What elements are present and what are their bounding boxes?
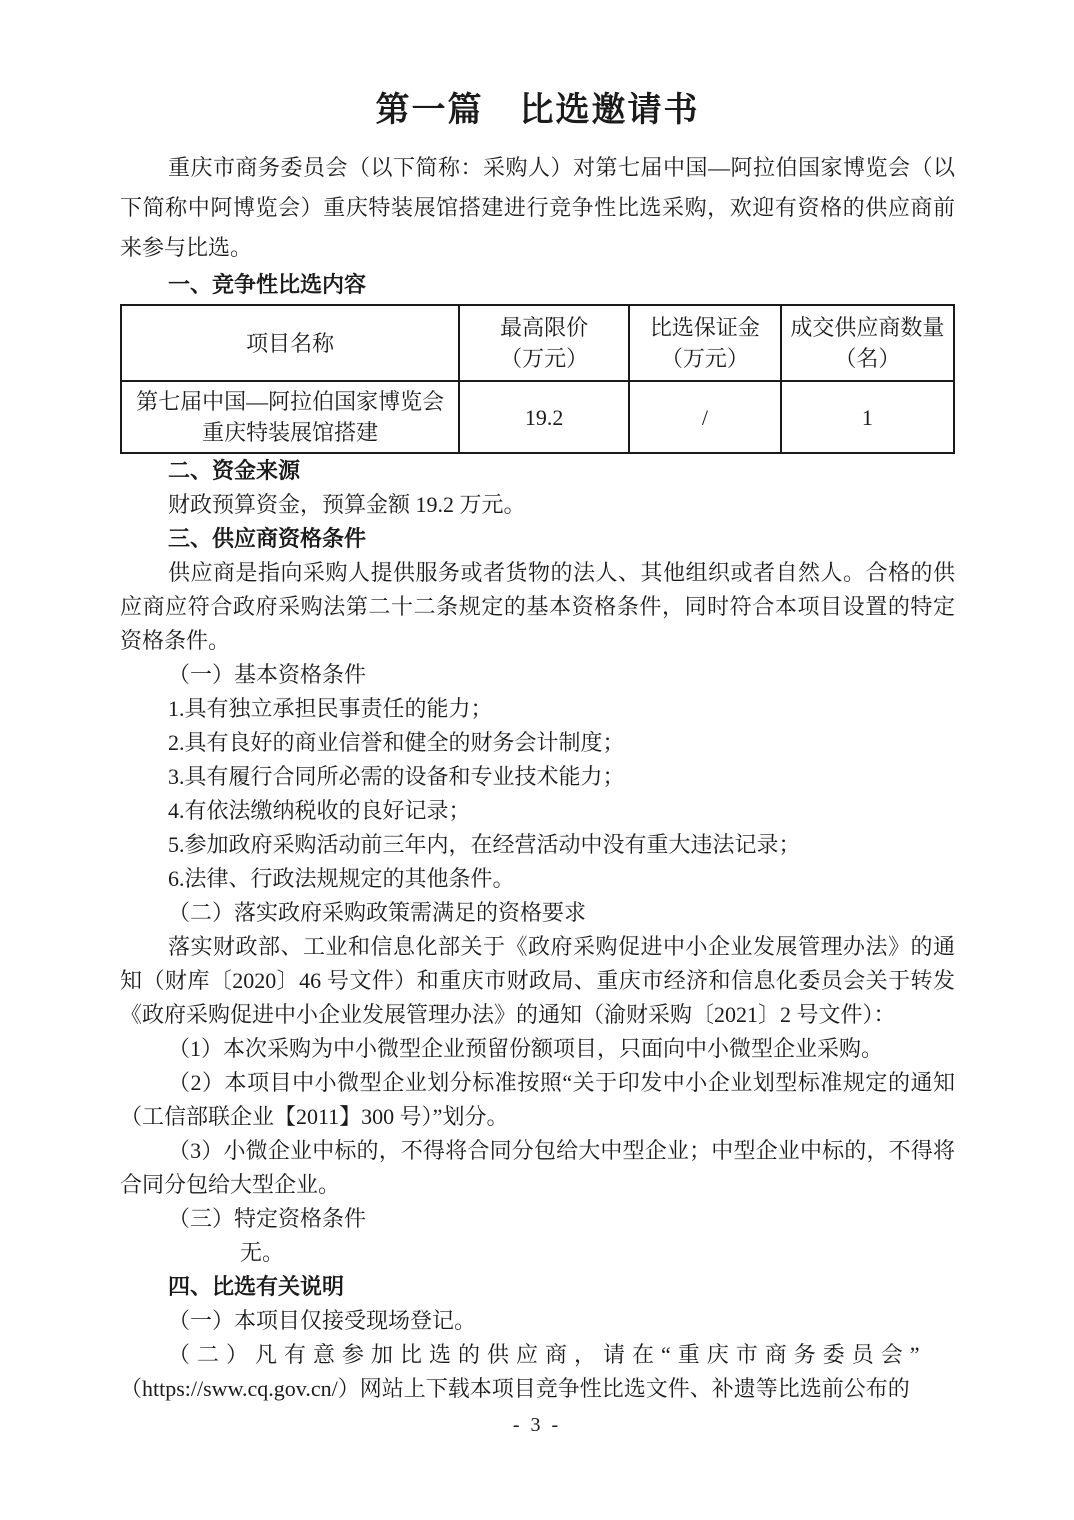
funding-source-text: 财政预算资金，预算金额 19.2 万元。 bbox=[120, 488, 955, 522]
policy-item: （3）小微企业中标的，不得将合同分包给大中型企业；中型企业中标的，不得将合同分包… bbox=[120, 1134, 955, 1202]
section-heading-3: 三、供应商资格条件 bbox=[120, 522, 955, 556]
cell-max-price: 19.2 bbox=[459, 381, 629, 453]
cell-deposit: / bbox=[629, 381, 781, 453]
header-line: 最高限价 bbox=[466, 312, 622, 343]
cell-supplier-count: 1 bbox=[781, 381, 954, 453]
subsection-heading-specific: （三）特定资格条件 bbox=[120, 1202, 955, 1236]
project-name-line: 重庆特装展馆搭建 bbox=[128, 417, 452, 448]
section-heading-1: 一、竞争性比选内容 bbox=[120, 268, 955, 302]
page-number: - 3 - bbox=[0, 1410, 1074, 1440]
specific-condition-none: 无。 bbox=[120, 1236, 955, 1270]
header-line: （万元） bbox=[466, 343, 622, 374]
header-line: 比选保证金 bbox=[636, 312, 774, 343]
page-title: 第一篇 比选邀请书 bbox=[120, 84, 955, 138]
basic-condition-item: 2.具有良好的商业信誉和健全的财务会计制度； bbox=[120, 726, 955, 760]
header-line: 成交供应商数量 bbox=[788, 312, 947, 343]
notes-website-line-1: （二）凡有意参加比选的供应商，请在“重庆市商务委员会” bbox=[120, 1338, 955, 1372]
document-content: 第一篇 比选邀请书 重庆市商务委员会（以下简称：采购人）对第七届中国—阿拉伯国家… bbox=[120, 0, 955, 1406]
basic-condition-item: 5.参加政府采购活动前三年内，在经营活动中没有重大违法记录； bbox=[120, 828, 955, 862]
notes-item-website: （二）凡有意参加比选的供应商，请在“重庆市商务委员会” （https://sww… bbox=[120, 1338, 955, 1406]
table-header-project-name: 项目名称 bbox=[121, 305, 459, 381]
table-header-max-price: 最高限价 （万元） bbox=[459, 305, 629, 381]
table-header-deposit: 比选保证金 （万元） bbox=[629, 305, 781, 381]
basic-condition-item: 4.有依法缴纳税收的良好记录； bbox=[120, 794, 955, 828]
table-header-row: 项目名称 最高限价 （万元） 比选保证金 （万元） 成交供应商数量 （名） bbox=[121, 305, 954, 381]
policy-item: （1）本次采购为中小微型企业预留份额项目，只面向中小微型企业采购。 bbox=[120, 1032, 955, 1066]
table-header-supplier-count: 成交供应商数量 （名） bbox=[781, 305, 954, 381]
basic-condition-item: 3.具有履行合同所必需的设备和专业技术能力； bbox=[120, 760, 955, 794]
subsection-heading-policy: （二）落实政府采购政策需满足的资格要求 bbox=[120, 896, 955, 930]
project-name-line: 第七届中国—阿拉伯国家博览会 bbox=[128, 386, 452, 417]
comparison-content-table: 项目名称 最高限价 （万元） 比选保证金 （万元） 成交供应商数量 （名） bbox=[120, 304, 955, 454]
subsection-heading-basic: （一）基本资格条件 bbox=[120, 658, 955, 692]
cell-project-name: 第七届中国—阿拉伯国家博览会 重庆特装展馆搭建 bbox=[121, 381, 459, 453]
notes-website-line-2: （https://sww.cq.gov.cn/）网站上下载本项目竞争性比选文件、… bbox=[120, 1372, 955, 1406]
basic-condition-item: 1.具有独立承担民事责任的能力； bbox=[120, 692, 955, 726]
section-heading-2: 二、资金来源 bbox=[120, 454, 955, 488]
notes-item-registration: （一）本项目仅接受现场登记。 bbox=[120, 1304, 955, 1338]
basic-condition-item: 6.法律、行政法规规定的其他条件。 bbox=[120, 862, 955, 896]
header-line: 项目名称 bbox=[128, 328, 452, 359]
intro-paragraph: 重庆市商务委员会（以下简称：采购人）对第七届中国—阿拉伯国家博览会（以下简称中阿… bbox=[120, 148, 955, 268]
header-line: （万元） bbox=[636, 343, 774, 374]
document-page: 第一篇 比选邀请书 重庆市商务委员会（以下简称：采购人）对第七届中国—阿拉伯国家… bbox=[0, 0, 1074, 1520]
section-heading-4: 四、比选有关说明 bbox=[120, 1270, 955, 1304]
table-row: 第七届中国—阿拉伯国家博览会 重庆特装展馆搭建 19.2 / 1 bbox=[121, 381, 954, 453]
policy-item: （2）本项目中小微型企业划分标准按照“关于印发中小企业划型标准规定的通知（工信部… bbox=[120, 1066, 955, 1134]
header-line: （名） bbox=[788, 343, 947, 374]
supplier-qualification-intro: 供应商是指向采购人提供服务或者货物的法人、其他组织或者自然人。合格的供应商应符合… bbox=[120, 556, 955, 658]
policy-intro: 落实财政部、工业和信息化部关于《政府采购促进中小企业发展管理办法》的通知（财库〔… bbox=[120, 930, 955, 1032]
